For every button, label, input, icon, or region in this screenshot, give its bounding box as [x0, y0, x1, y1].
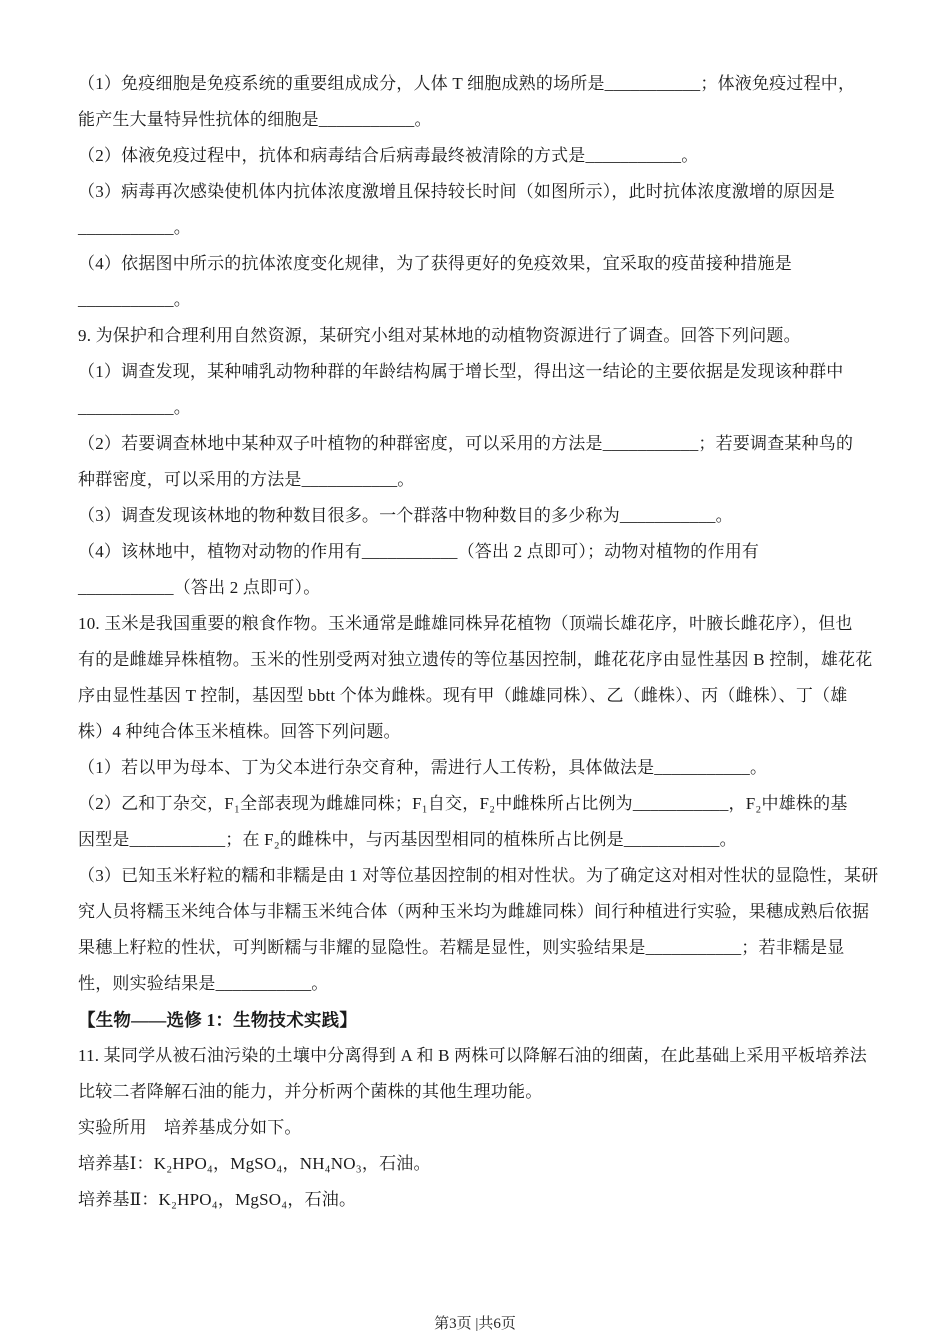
q8-part3-blank: ___________。 — [78, 210, 872, 246]
section-title-elective1: 【生物——选修 1：生物技术实践】 — [78, 1002, 872, 1038]
document-page: （1）免疫细胞是免疫系统的重要组成成分，人体 T 细胞成熟的场所是_______… — [78, 66, 872, 1218]
q9-part1-blank: ___________。 — [78, 390, 872, 426]
q10-part3-line3: 果穗上籽粒的性状，可判断糯与非耀的显隐性。若糯是显性，则实验结果是_______… — [78, 930, 872, 966]
q9-stem: 9. 为保护和合理利用自然资源，某研究小组对某林地的动植物资源进行了调查。回答下… — [78, 318, 872, 354]
q10-part1-line: （1）若以甲为母本、丁为父本进行杂交育种，需进行人工传粉，具体做法是______… — [78, 750, 872, 786]
q9-part4-line2: ___________（答出 2 点即可）。 — [78, 570, 872, 606]
q11-stem-line1: 11. 某同学从被石油污染的土壤中分离得到 A 和 B 两株可以降解石油的细菌，… — [78, 1038, 872, 1074]
q10-part2-line1: （2）乙和丁杂交，F₁全部表现为雌雄同株；F₁自交，F₂中雌株所占比例为____… — [78, 786, 872, 822]
q8-part3-line1: （3）病毒再次感染使机体内抗体浓度激增且保持较长时间（如图所示），此时抗体浓度激… — [78, 174, 872, 210]
q10-part3-line2: 究人员将糯玉米纯合体与非糯玉米纯合体（两种玉米均为雌雄同株）间行种植进行实验，果… — [78, 894, 872, 930]
q10-stem-line2: 有的是雌雄异株植物。玉米的性别受两对独立遗传的等位基因控制，雌花花序由显性基因 … — [78, 642, 872, 678]
q9-part2-line1: （2）若要调查林地中某种双子叶植物的种群密度，可以采用的方法是_________… — [78, 426, 872, 462]
q8-part1-line2: 能产生大量特异性抗体的细胞是___________。 — [78, 102, 872, 138]
q8-part2-line: （2）体液免疫过程中，抗体和病毒结合后病毒最终被清除的方式是__________… — [78, 138, 872, 174]
q8-part4-blank: ___________。 — [78, 282, 872, 318]
q11-stem-line2: 比较二者降解石油的能力，并分析两个菌株的其他生理功能。 — [78, 1074, 872, 1110]
q9-part4-line1: （4）该林地中，植物对动物的作用有___________（答出 2 点即可）；动… — [78, 534, 872, 570]
q9-part3-line: （3）调查发现该林地的物种数目很多。一个群落中物种数目的多少称为________… — [78, 498, 872, 534]
q8-part4-line1: （4）依据图中所示的抗体浓度变化规律，为了获得更好的免疫效果，宜采取的疫苗接种措… — [78, 246, 872, 282]
q10-stem-line4: 株）4 种纯合体玉米植株。回答下列问题。 — [78, 714, 872, 750]
q10-stem-line3: 序由显性基因 T 控制，基因型 bbtt 个体为雌株。现有甲（雌雄同株）、乙（雌… — [78, 678, 872, 714]
q9-part2-line2: 种群密度，可以采用的方法是___________。 — [78, 462, 872, 498]
q11-media-intro-line: 实验所用 培养基成分如下。 — [78, 1110, 872, 1146]
q8-part1-line1: （1）免疫细胞是免疫系统的重要组成成分，人体 T 细胞成熟的场所是_______… — [78, 66, 872, 102]
q10-stem-line1: 10. 玉米是我国重要的粮食作物。玉米通常是雌雄同株异花植物（顶端长雄花序，叶腋… — [78, 606, 872, 642]
page-number: 第3页 |共6页 — [0, 1314, 950, 1334]
q9-part1-line1: （1）调查发现，某种哺乳动物种群的年龄结构属于增长型，得出这一结论的主要依据是发… — [78, 354, 872, 390]
q10-part3-line4: 性，则实验结果是___________。 — [78, 966, 872, 1002]
q11-medium2-line: 培养基Ⅱ：K₂HPO₄，MgSO₄，石油。 — [78, 1182, 872, 1218]
q11-medium1-line: 培养基Ⅰ：K₂HPO₄，MgSO₄，NH₄NO₃，石油。 — [78, 1146, 872, 1182]
q10-part2-line2: 因型是___________；在 F₂的雌株中，与丙基因型相同的植株所占比例是_… — [78, 822, 872, 858]
q10-part3-line1: （3）已知玉米籽粒的糯和非糯是由 1 对等位基因控制的相对性状。为了确定这对相对… — [78, 858, 872, 894]
